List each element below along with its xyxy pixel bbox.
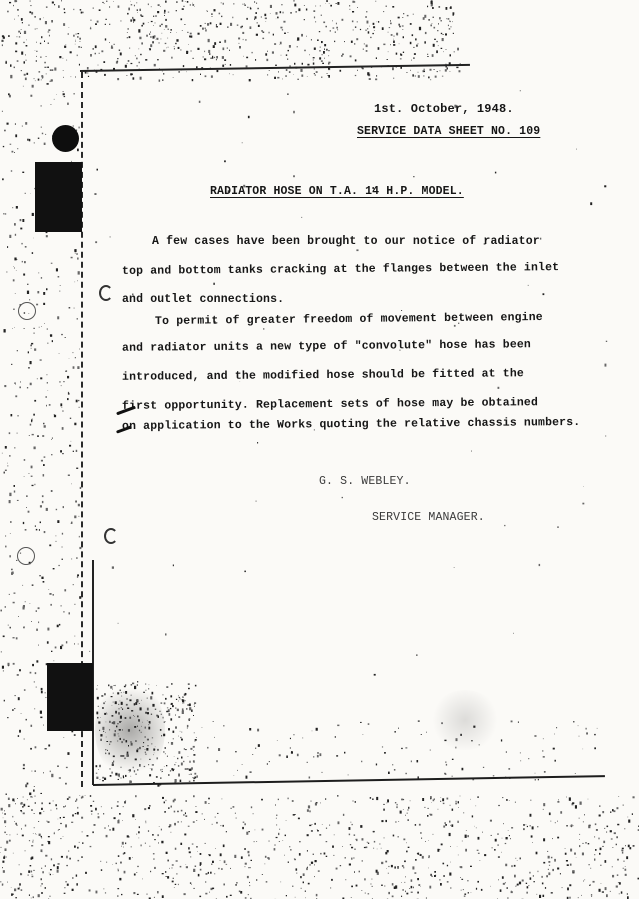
binder-tab-top <box>35 162 82 232</box>
body-line: introduced, and the modified hose should… <box>122 367 524 384</box>
body-line: top and bottom tanks cracking at the fla… <box>122 261 559 278</box>
body-line: and outlet connections. <box>122 293 284 306</box>
binder-tab-bottom <box>47 663 93 731</box>
sheet-number: SERVICE DATA SHEET NO. 109 <box>357 125 540 138</box>
punch-hole-filled <box>52 125 79 152</box>
body-line: first opportunity. Replacement sets of h… <box>122 396 538 413</box>
body-line: and radiator units a new type of "convol… <box>122 338 531 355</box>
smudge <box>95 680 165 780</box>
punch-hole-ring-small <box>104 528 118 544</box>
frame-top-line <box>80 64 470 72</box>
body-line: To permit of greater freedom of movement… <box>155 311 543 328</box>
signatory-role: SERVICE MANAGER. <box>372 511 485 524</box>
document-title: RADIATOR HOSE ON T.A. 14 H.P. MODEL. <box>210 185 464 198</box>
punch-hole-ring-small <box>99 285 113 301</box>
punch-hole-ring <box>18 302 36 320</box>
frame-bottom-line <box>93 775 605 786</box>
signatory-name: G. S. WEBLEY. <box>319 475 411 488</box>
punch-hole-ring <box>17 547 35 565</box>
body-line: A few cases have been brought to our not… <box>152 235 540 248</box>
document-date: 1st. October, 1948. <box>374 102 514 116</box>
smudge <box>430 690 500 750</box>
scan-noise <box>0 0 639 899</box>
body-line: on application to the Works quoting the … <box>122 416 580 433</box>
